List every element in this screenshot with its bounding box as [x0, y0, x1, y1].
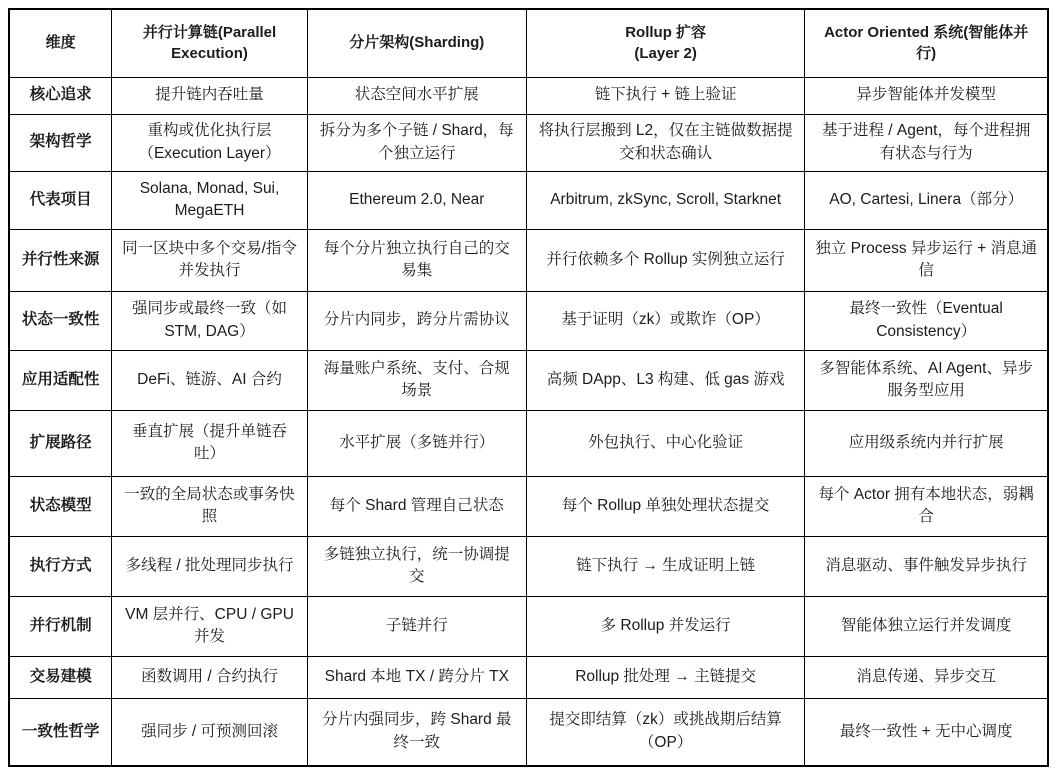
- table-cell: Ethereum 2.0, Near: [307, 171, 526, 229]
- table-cell: 子链并行: [307, 596, 526, 656]
- table-cell: 并行依赖多个 Rollup 实例独立运行: [526, 229, 804, 291]
- table-cell: 一致的全局状态或事务快照: [112, 476, 307, 536]
- table-cell: 水平扩展（多链并行）: [307, 410, 526, 476]
- table-cell: DeFi、链游、AI 合约: [112, 350, 307, 410]
- table-cell: 基于进程 / Agent，每个进程拥有状态与行为: [805, 114, 1048, 171]
- table-cell: 拆分为多个子链 / Shard，每个独立运行: [307, 114, 526, 171]
- table-cell: 每个 Shard 管理自己状态: [307, 476, 526, 536]
- table-cell: 多智能体系统、AI Agent、异步服务型应用: [805, 350, 1048, 410]
- table-row: 执行方式多线程 / 批处理同步执行多链独立执行，统一协调提交链下执行 → 生成证…: [9, 536, 1048, 596]
- row-label: 架构哲学: [9, 114, 112, 171]
- table-row: 扩展路径垂直扩展（提升单链吞吐）水平扩展（多链并行）外包执行、中心化验证应用级系…: [9, 410, 1048, 476]
- table-row: 一致性哲学强同步 / 可预测回滚分片内强同步，跨 Shard 最终一致提交即结算…: [9, 698, 1048, 766]
- table-cell: 多线程 / 批处理同步执行: [112, 536, 307, 596]
- table-row: 并行机制VM 层并行、CPU / GPU 并发子链并行多 Rollup 并发运行…: [9, 596, 1048, 656]
- row-label: 状态模型: [9, 476, 112, 536]
- table-cell: 智能体独立运行并发调度: [805, 596, 1048, 656]
- table-cell: 提交即结算（zk）或挑战期后结算（OP）: [526, 698, 804, 766]
- table-cell: AO, Cartesi, Linera（部分）: [805, 171, 1048, 229]
- column-header: 并行计算链(Parallel Execution): [112, 9, 307, 77]
- table-cell: 独立 Process 异步运行 + 消息通信: [805, 229, 1048, 291]
- row-label: 并行性来源: [9, 229, 112, 291]
- table-cell: 最终一致性（Eventual Consistency）: [805, 291, 1048, 350]
- table-cell: 同一区块中多个交易/指令并发执行: [112, 229, 307, 291]
- row-label: 执行方式: [9, 536, 112, 596]
- table-cell: 强同步或最终一致（如 STM, DAG）: [112, 291, 307, 350]
- page: 维度并行计算链(Parallel Execution)分片架构(Sharding…: [0, 0, 1057, 781]
- row-label: 核心追求: [9, 77, 112, 114]
- dimension-column-header: 维度: [9, 9, 112, 77]
- comparison-table: 维度并行计算链(Parallel Execution)分片架构(Sharding…: [8, 8, 1049, 767]
- table-cell: 分片内同步，跨分片需协议: [307, 291, 526, 350]
- row-label: 并行机制: [9, 596, 112, 656]
- row-label: 应用适配性: [9, 350, 112, 410]
- table-cell: 状态空间水平扩展: [307, 77, 526, 114]
- table-cell: 多链独立执行，统一协调提交: [307, 536, 526, 596]
- table-cell: 每个 Actor 拥有本地状态，弱耦合: [805, 476, 1048, 536]
- table-row: 状态一致性强同步或最终一致（如 STM, DAG）分片内同步，跨分片需协议基于证…: [9, 291, 1048, 350]
- table-cell: 链下执行 → 生成证明上链: [526, 536, 804, 596]
- table-cell: 基于证明（zk）或欺诈（OP）: [526, 291, 804, 350]
- table-cell: Arbitrum, zkSync, Scroll, Starknet: [526, 171, 804, 229]
- table-cell: 每个分片独立执行自己的交易集: [307, 229, 526, 291]
- table-row: 状态模型一致的全局状态或事务快照每个 Shard 管理自己状态每个 Rollup…: [9, 476, 1048, 536]
- table-row: 并行性来源同一区块中多个交易/指令并发执行每个分片独立执行自己的交易集并行依赖多…: [9, 229, 1048, 291]
- table-cell: Shard 本地 TX / 跨分片 TX: [307, 656, 526, 698]
- row-label: 一致性哲学: [9, 698, 112, 766]
- table-cell: 高频 DApp、L3 构建、低 gas 游戏: [526, 350, 804, 410]
- table-cell: 重构或优化执行层（Execution Layer）: [112, 114, 307, 171]
- row-label: 代表项目: [9, 171, 112, 229]
- header-row: 维度并行计算链(Parallel Execution)分片架构(Sharding…: [9, 9, 1048, 77]
- row-label: 扩展路径: [9, 410, 112, 476]
- table-cell: VM 层并行、CPU / GPU 并发: [112, 596, 307, 656]
- table-cell: 将执行层搬到 L2，仅在主链做数据提交和状态确认: [526, 114, 804, 171]
- table-row: 架构哲学重构或优化执行层（Execution Layer）拆分为多个子链 / S…: [9, 114, 1048, 171]
- table-row: 交易建模函数调用 / 合约执行Shard 本地 TX / 跨分片 TXRollu…: [9, 656, 1048, 698]
- table-cell: 多 Rollup 并发运行: [526, 596, 804, 656]
- table-row: 代表项目Solana, Monad, Sui, MegaETHEthereum …: [9, 171, 1048, 229]
- table-cell: 链下执行 + 链上验证: [526, 77, 804, 114]
- table-row: 应用适配性DeFi、链游、AI 合约海量账户系统、支付、合规场景高频 DApp、…: [9, 350, 1048, 410]
- table-cell: 海量账户系统、支付、合规场景: [307, 350, 526, 410]
- table-cell: 垂直扩展（提升单链吞吐）: [112, 410, 307, 476]
- row-label: 交易建模: [9, 656, 112, 698]
- column-header: 分片架构(Sharding): [307, 9, 526, 77]
- table-cell: 应用级系统内并行扩展: [805, 410, 1048, 476]
- table-body: 核心追求提升链内吞吐量状态空间水平扩展链下执行 + 链上验证异步智能体并发模型架…: [9, 77, 1048, 766]
- row-label: 状态一致性: [9, 291, 112, 350]
- table-cell: 消息驱动、事件触发异步执行: [805, 536, 1048, 596]
- table-cell: 外包执行、中心化验证: [526, 410, 804, 476]
- table-cell: Rollup 批处理 → 主链提交: [526, 656, 804, 698]
- column-header: Rollup 扩容 (Layer 2): [526, 9, 804, 77]
- table-cell: 消息传递、异步交互: [805, 656, 1048, 698]
- table-cell: 异步智能体并发模型: [805, 77, 1048, 114]
- table-cell: 分片内强同步，跨 Shard 最终一致: [307, 698, 526, 766]
- table-cell: Solana, Monad, Sui, MegaETH: [112, 171, 307, 229]
- table-cell: 最终一致性 + 无中心调度: [805, 698, 1048, 766]
- table-cell: 每个 Rollup 单独处理状态提交: [526, 476, 804, 536]
- table-row: 核心追求提升链内吞吐量状态空间水平扩展链下执行 + 链上验证异步智能体并发模型: [9, 77, 1048, 114]
- column-header: Actor Oriented 系统(智能体并行): [805, 9, 1048, 77]
- table-cell: 强同步 / 可预测回滚: [112, 698, 307, 766]
- table-cell: 提升链内吞吐量: [112, 77, 307, 114]
- table-cell: 函数调用 / 合约执行: [112, 656, 307, 698]
